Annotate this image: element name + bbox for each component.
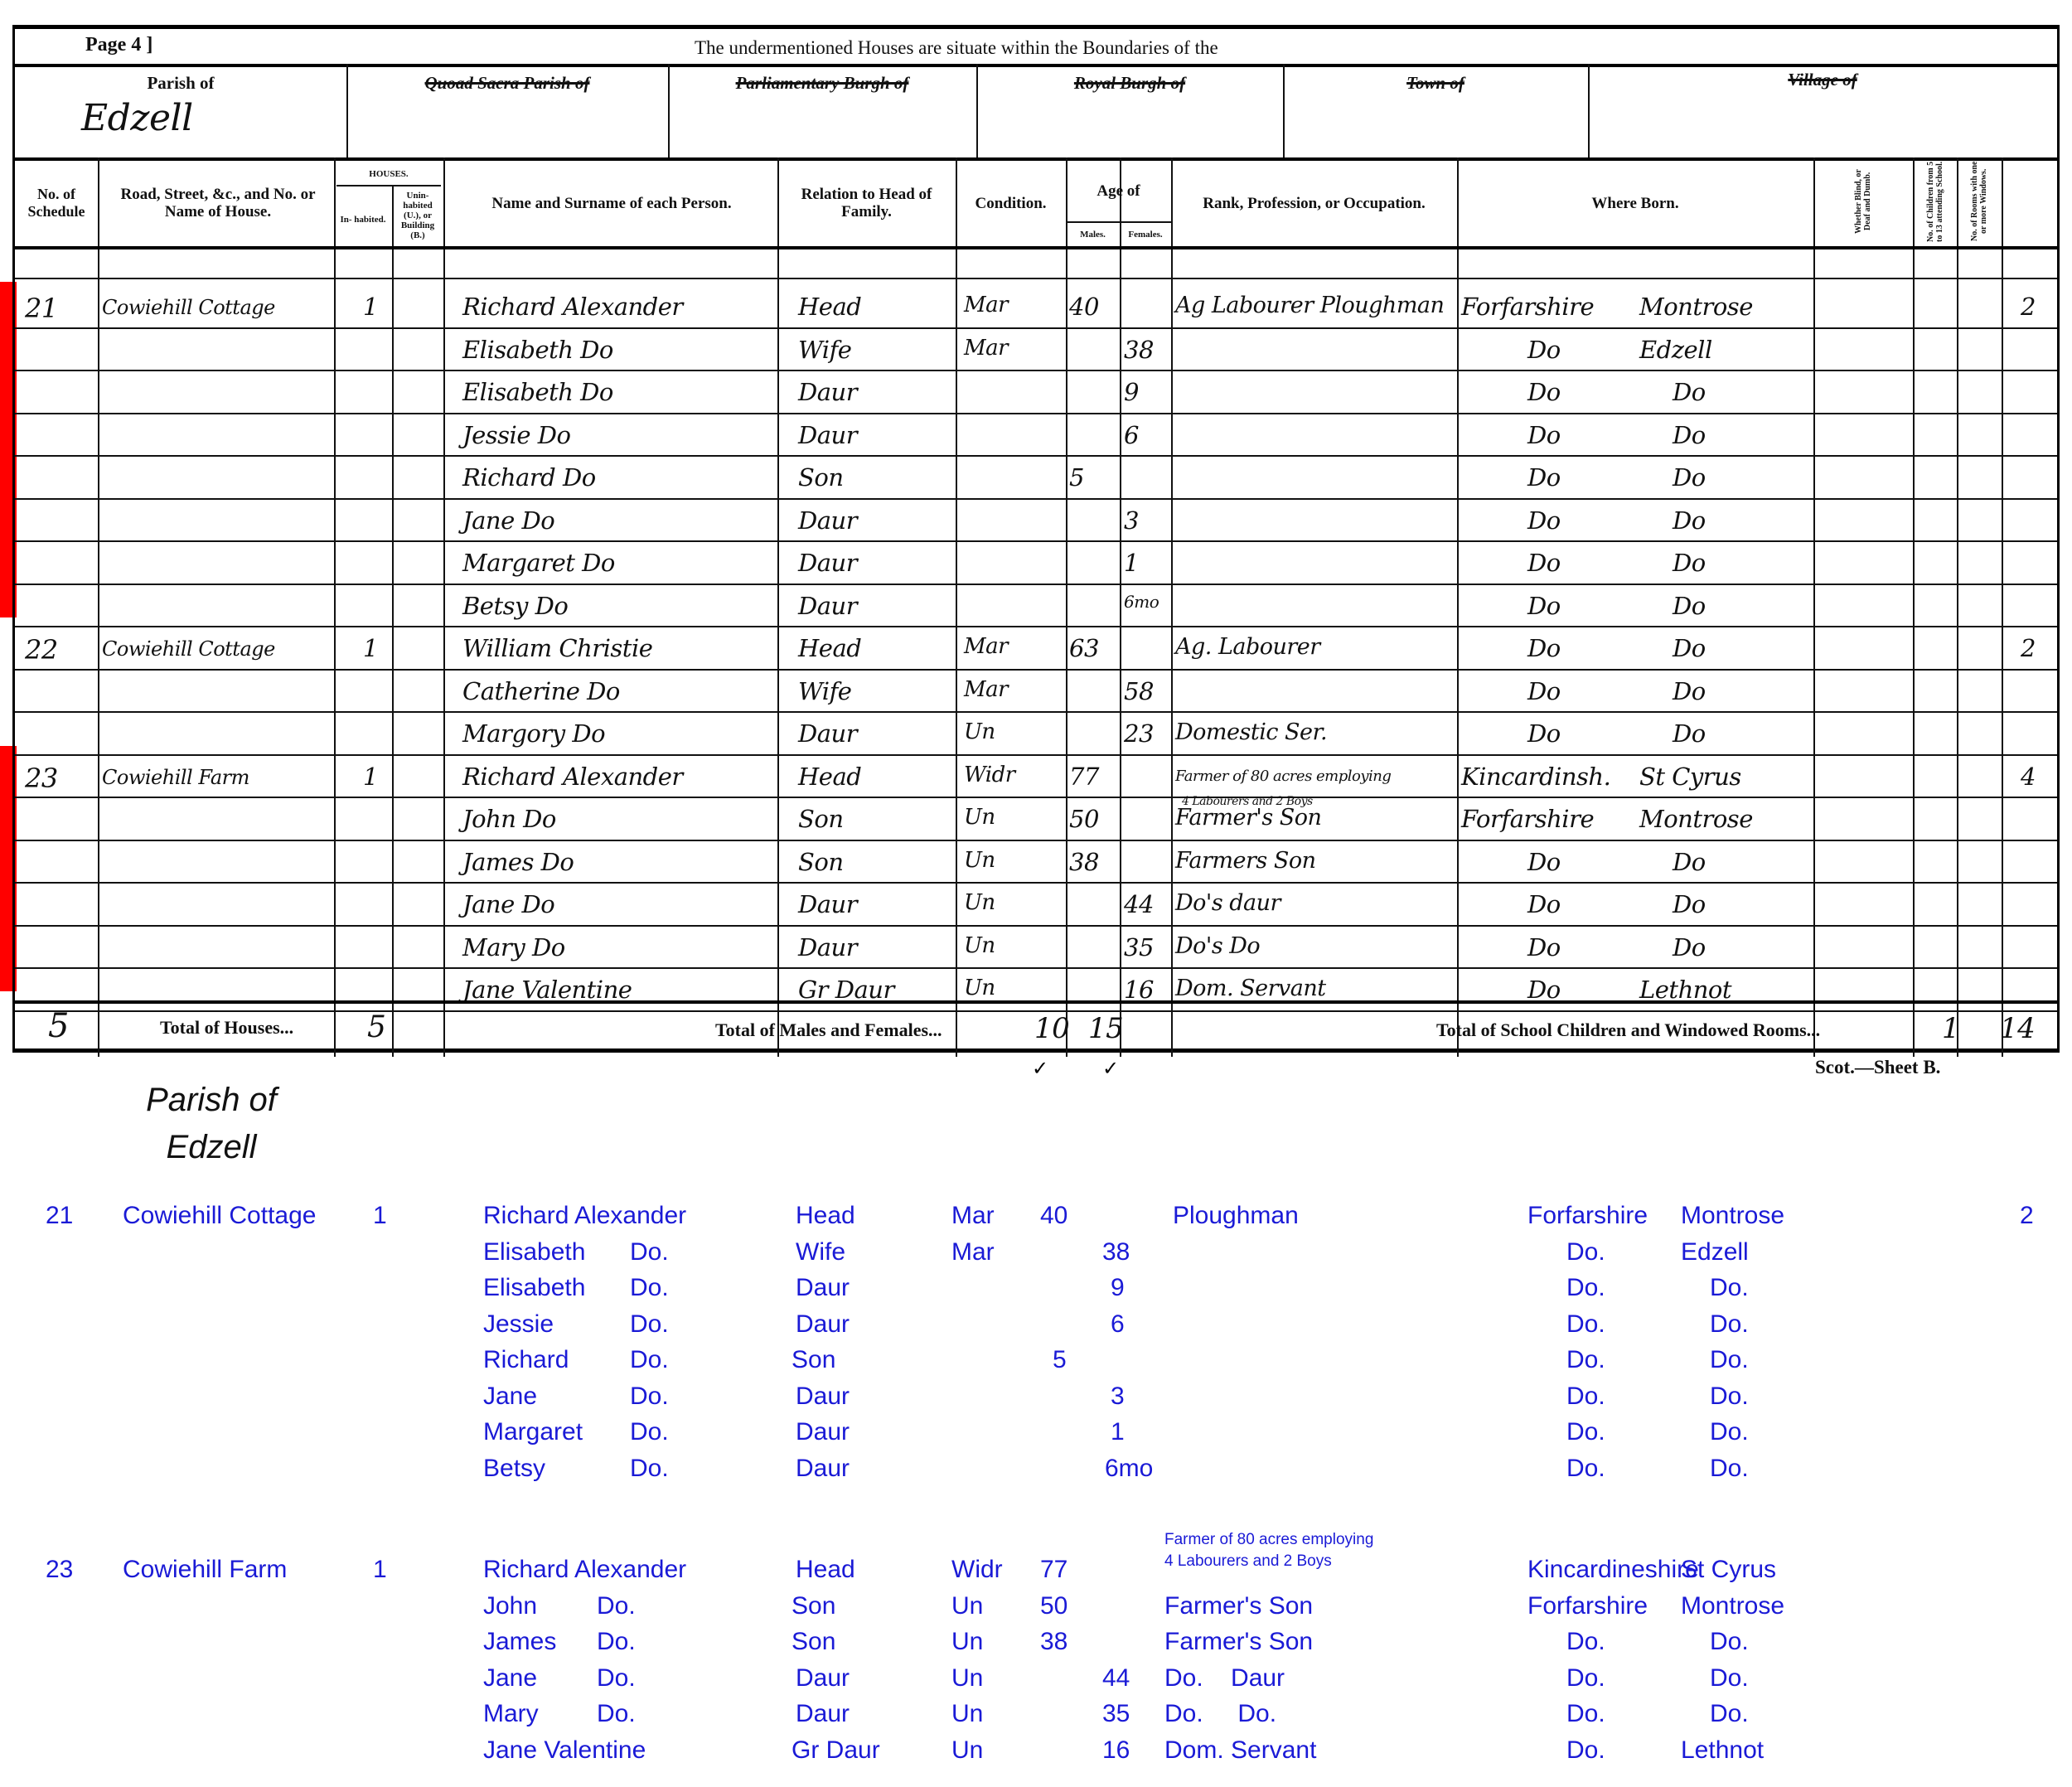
tr-first-name: Margaret (483, 1418, 583, 1446)
tr-relation: Daur (796, 1455, 850, 1483)
cell-age-female: 9 (1124, 378, 1139, 406)
tr-age-female: 1 (1111, 1418, 1125, 1446)
cell-born-parish: Edzell (1639, 336, 1712, 364)
row-rule (15, 540, 2057, 542)
boundary-value-parish: Edzell (81, 97, 193, 139)
cell-born-parish: Do (1673, 421, 1706, 449)
header-where-born: Where Born. (1457, 170, 1813, 236)
tr-relation: Daur (796, 1664, 850, 1693)
tr-occupation: Farmer's Son (1164, 1592, 1313, 1620)
tr-road: Cowiehill Farm (123, 1556, 287, 1584)
total-males: 10 (1034, 1012, 1069, 1045)
header-males: Males. (1066, 226, 1120, 243)
row-rule (15, 626, 2057, 627)
boundary-label: Parliamentary Burgh of (668, 72, 976, 94)
tr-condition: Un (951, 1664, 983, 1693)
cell-name: Elisabeth Do (462, 336, 613, 364)
row-rule (15, 455, 2057, 457)
cell-age-male: 5 (1069, 463, 1084, 492)
total-school-rooms-label: Total of School Children and Windowed Ro… (1436, 1019, 1820, 1041)
tr-parish: Do. (1710, 1310, 1749, 1339)
cell-relation: Son (798, 805, 844, 833)
tr-first-name: James (483, 1628, 556, 1656)
tr-first-name: Jane (483, 1664, 537, 1693)
cell-inhabited: 1 (363, 634, 378, 662)
tr-relation: Daur (796, 1274, 850, 1302)
cell-age-female: 23 (1124, 719, 1154, 748)
header-age: Age of (1066, 174, 1171, 207)
cell-name: Jane Do (462, 506, 554, 535)
cell-rooms: 2 (2021, 634, 2036, 662)
cell-relation: Daur (798, 549, 857, 577)
cell-relation: Daur (798, 933, 857, 961)
cell-condition: Mar (964, 677, 1008, 702)
cell-relation: Son (798, 848, 844, 876)
tr-condition: Un (951, 1628, 983, 1656)
column-divider (1457, 157, 1459, 1057)
tr-relation: Daur (796, 1383, 850, 1411)
tr-occupation: Do. Do. (1164, 1700, 1276, 1728)
tr-age-male: 77 (1040, 1556, 1067, 1584)
tr-county: Do. (1566, 1628, 1605, 1656)
cell-relation: Wife (798, 677, 851, 705)
total-rooms: 14 (2000, 1012, 2035, 1045)
column-divider (1813, 157, 1815, 1057)
cell-name: Margaret Do (462, 549, 615, 577)
tr-age-female: 6mo (1105, 1455, 1153, 1483)
cell-age-female: 16 (1124, 976, 1154, 1004)
cell-occupation: Farmer's Son (1175, 805, 1321, 831)
cell-condition: Un (964, 848, 995, 873)
tr-county: Forfarshire (1527, 1202, 1648, 1230)
cell-name: Margory Do (462, 719, 605, 748)
cell-name: Elisabeth Do (462, 378, 613, 406)
cell-born-county: Forfarshire (1461, 293, 1594, 321)
cell-born-county: Do (1527, 592, 1561, 620)
tr-age-female: 35 (1102, 1700, 1130, 1728)
tr-surname: Do. (630, 1274, 669, 1302)
cell-occupation: Ag Labourer Ploughman (1175, 293, 1444, 318)
cell-name: Betsy Do (462, 592, 568, 620)
column-divider (1957, 157, 1958, 1057)
column-divider (334, 157, 336, 1057)
cell-condition: Mar (964, 293, 1008, 317)
cell-born-parish: St Cyrus (1639, 763, 1741, 791)
tr-relation: Head (796, 1202, 855, 1230)
header-occupation: Rank, Profession, or Occupation. (1171, 170, 1457, 236)
row-rule (15, 669, 2057, 671)
tr-age-female: 3 (1111, 1383, 1125, 1411)
cell-occupation: Farmer of 80 acres employing (1175, 768, 1391, 785)
cell-age-female: 6 (1124, 421, 1139, 449)
tr-condition: Un (951, 1736, 983, 1765)
cell-born-county: Kincardinsh. (1461, 763, 1610, 791)
total-schedules: 5 (48, 1007, 69, 1045)
cell-condition: Un (964, 805, 995, 830)
header-schedule: No. of Schedule (15, 170, 98, 236)
cell-born-county: Do (1527, 677, 1561, 705)
tr-parish: Do. (1710, 1628, 1749, 1656)
cell-relation: Head (798, 293, 861, 321)
cell-born-parish: Do (1673, 592, 1706, 620)
cell-born-county: Do (1527, 719, 1561, 748)
tr-parish: Montrose (1681, 1202, 1784, 1230)
cell-age-female: 58 (1124, 677, 1154, 705)
boundary-label: Quoad Sacra Parish of (346, 72, 668, 94)
row-rule (15, 840, 2057, 841)
tr-relation: Daur (796, 1418, 850, 1446)
cell-born-county: Forfarshire (1461, 805, 1594, 833)
tr-first-name: John (483, 1592, 537, 1620)
tr-county: Do. (1566, 1274, 1605, 1302)
cell-name: Richard Do (462, 463, 596, 492)
cell-relation: Wife (798, 336, 851, 364)
tr-age-male: 40 (1040, 1202, 1067, 1230)
header-uninhabited: Unin- habited (U.), or Building (B.) (394, 186, 442, 245)
tr-surname: Do. (630, 1383, 669, 1411)
cell-born-parish: Do (1673, 933, 1706, 961)
tr-occupation: Farmer's Son (1164, 1628, 1313, 1656)
tr-county: Do. (1566, 1310, 1605, 1339)
column-divider (2002, 157, 2003, 1057)
cell-relation: Gr Daur (798, 976, 894, 1004)
cell-name: Richard Alexander (462, 763, 683, 791)
cell-condition: Mar (964, 336, 1008, 361)
tr-first-name: Richard Alexander (483, 1556, 686, 1584)
tr-condition: Mar (951, 1238, 995, 1266)
header-houses: HOUSES. (336, 166, 441, 182)
cell-condition: Un (964, 933, 995, 958)
header-females: Females. (1120, 226, 1171, 243)
tr-surname: Do. (597, 1700, 636, 1728)
cell-schedule: 21 (25, 293, 58, 324)
cell-age-female: 44 (1124, 890, 1154, 918)
total-houses: 5 (367, 1010, 385, 1044)
cell-born-parish: Do (1673, 634, 1706, 662)
cell-relation: Daur (798, 421, 857, 449)
tr-parish: Do. (1710, 1418, 1749, 1446)
cell-born-county: Do (1527, 890, 1561, 918)
tr-relation: Son (792, 1628, 835, 1656)
tr-condition: Un (951, 1700, 983, 1728)
cell-born-county: Do (1527, 933, 1561, 961)
tr-inhabited: 1 (373, 1556, 387, 1584)
row-rule (15, 370, 2057, 371)
cell-name: Jessie Do (462, 421, 570, 449)
cell-born-parish: Do (1673, 549, 1706, 577)
tr-first-name: Jessie (483, 1310, 554, 1339)
cell-occupation-note: 4 Labourers and 2 Boys (1182, 795, 1313, 808)
row-rule (15, 327, 2057, 329)
tr-age-male: 38 (1040, 1628, 1067, 1656)
tr-surname: Do. (597, 1628, 636, 1656)
cell-born-county: Do (1527, 976, 1561, 1004)
cell-relation: Head (798, 634, 861, 662)
tr-county: Do. (1566, 1664, 1605, 1693)
tr-occupation: Dom. Servant (1164, 1736, 1316, 1765)
tr-age-female: 16 (1102, 1736, 1130, 1765)
tr-inhabited: 1 (373, 1202, 387, 1230)
age-subdivider (1066, 221, 1171, 223)
tr-first-name: Betsy (483, 1455, 545, 1483)
tr-first-name: Richard Alexander (483, 1202, 686, 1230)
tr-parish: Do. (1710, 1700, 1749, 1728)
cell-name: Mary Do (462, 933, 565, 961)
cell-occupation: Do's daur (1175, 890, 1280, 916)
cell-road: Cowiehill Cottage (102, 637, 275, 661)
tr-condition: Un (951, 1592, 983, 1620)
tr-age-male: 50 (1040, 1592, 1067, 1620)
tr-surname: Do. (597, 1592, 636, 1620)
tr-occupation-note-2: 4 Labourers and 2 Boys (1164, 1552, 1332, 1571)
cell-born-county: Do (1527, 634, 1561, 662)
total-houses-label: Total of Houses... (160, 1017, 293, 1039)
tr-condition: Widr (951, 1556, 1003, 1584)
tr-parish: Do. (1710, 1455, 1749, 1483)
row-rule (15, 498, 2057, 500)
header-school: No. of Children from 5 to 13 attending S… (1915, 160, 1956, 243)
row-rule (15, 882, 2057, 884)
cell-rooms: 4 (2021, 763, 2036, 791)
cell-age-male: 40 (1069, 293, 1099, 321)
cell-age-male: 63 (1069, 634, 1099, 662)
tr-first-name: Elisabeth (483, 1274, 585, 1302)
tr-parish: Do. (1710, 1383, 1749, 1411)
tr-relation: Daur (796, 1700, 850, 1728)
cell-born-county: Do (1527, 506, 1561, 535)
cell-relation: Head (798, 763, 861, 791)
tr-county: Do. (1566, 1238, 1605, 1266)
tr-first-name: Elisabeth (483, 1238, 585, 1266)
cell-age-female: 38 (1124, 336, 1154, 364)
cell-relation: Daur (798, 506, 857, 535)
cell-inhabited: 1 (363, 293, 378, 321)
tr-schedule: 21 (46, 1202, 73, 1230)
tr-rooms: 2 (2020, 1202, 2034, 1230)
cell-relation: Daur (798, 890, 857, 918)
tr-surname: Do. (630, 1455, 669, 1483)
header-relation: Relation to Head of Family. (777, 166, 956, 240)
cell-relation: Daur (798, 592, 857, 620)
boundary-label: Royal Burgh of (976, 72, 1283, 94)
cell-condition: Mar (964, 634, 1008, 659)
cell-occupation: Farmers Son (1175, 848, 1315, 874)
cell-condition: Un (964, 890, 995, 915)
column-divider (443, 157, 445, 1057)
tr-parish: Do. (1710, 1346, 1749, 1374)
form-title: The undermentioned Houses are situate wi… (695, 37, 1218, 59)
tr-age-female: 9 (1111, 1274, 1125, 1302)
tr-surname: Do. (630, 1238, 669, 1266)
tr-county: Do. (1566, 1346, 1605, 1374)
cell-age-male: 77 (1069, 763, 1099, 791)
cell-relation: Daur (798, 719, 857, 748)
cell-occupation: Dom. Servant (1175, 976, 1326, 1001)
cell-born-county: Do (1527, 421, 1561, 449)
tr-county: Do. (1566, 1455, 1605, 1483)
cell-born-parish: Do (1673, 378, 1706, 406)
row-rule (15, 584, 2057, 585)
total-females: 15 (1088, 1012, 1123, 1045)
cell-born-county: Do (1527, 378, 1561, 406)
transcription-parish-name: Edzell (104, 1129, 319, 1166)
cell-age-female: 3 (1124, 506, 1139, 535)
cell-born-county: Do (1527, 463, 1561, 492)
tr-occupation: Do. Daur (1164, 1664, 1285, 1693)
row-rule (15, 711, 2057, 713)
tr-parish: Do. (1710, 1274, 1749, 1302)
boundary-label: Town of (1283, 72, 1588, 94)
row-rule (15, 754, 2057, 756)
cell-schedule: 23 (25, 763, 58, 794)
tr-relation: Son (792, 1592, 835, 1620)
cell-rooms: 2 (2021, 293, 2036, 321)
cell-road: Cowiehill Cottage (102, 296, 275, 319)
tr-parish: Lethnot (1681, 1736, 1764, 1765)
tr-relation: Wife (796, 1238, 845, 1266)
cell-condition: Widr (964, 763, 1015, 787)
total-persons-label: Total of Males and Females... (715, 1019, 942, 1041)
tr-county: Do. (1566, 1418, 1605, 1446)
cell-name: John Do (462, 805, 556, 833)
cell-occupation: Do's Do (1175, 933, 1260, 959)
cell-born-county: Do (1527, 549, 1561, 577)
tr-age-female: 44 (1102, 1664, 1130, 1693)
header-inhabited: In- habited. (336, 203, 390, 236)
tr-road: Cowiehill Cottage (123, 1202, 316, 1230)
cell-born-parish: Do (1673, 463, 1706, 492)
column-divider (1171, 157, 1173, 1057)
tr-relation: Daur (796, 1310, 850, 1339)
cell-age-male: 50 (1069, 805, 1099, 833)
cell-born-parish: Do (1673, 719, 1706, 748)
transcription-parish-label: Parish of (104, 1082, 319, 1119)
boundary-label: Parish of (15, 72, 346, 94)
tr-occupation: Ploughman (1173, 1202, 1299, 1230)
tr-county: Do. (1566, 1700, 1605, 1728)
cell-road: Cowiehill Farm (102, 766, 249, 789)
row-rule (15, 413, 2057, 414)
cell-born-parish: Montrose (1639, 805, 1753, 833)
cell-born-parish: Lethnot (1639, 976, 1731, 1004)
row-rule (15, 925, 2057, 927)
cell-inhabited: 1 (363, 763, 378, 791)
boundary-label: Village of (1588, 69, 2057, 90)
tr-first-name: Richard (483, 1346, 569, 1374)
header-condition-text: Condition. (956, 170, 1066, 236)
tr-county: Do. (1566, 1383, 1605, 1411)
cell-condition: Un (964, 976, 995, 1000)
tr-parish: Do. (1710, 1664, 1749, 1693)
cell-age-female: 1 (1124, 549, 1139, 577)
tr-relation: Head (796, 1556, 855, 1584)
header-rooms: No. of Rooms with one or more Windows. (1958, 160, 2000, 243)
tr-age-female: 38 (1102, 1238, 1130, 1266)
tr-relation: Gr Daur (792, 1736, 880, 1765)
cell-name: Richard Alexander (462, 293, 683, 321)
tr-age-female: 6 (1111, 1310, 1125, 1339)
column-divider (1913, 157, 1915, 1057)
cell-schedule: 22 (25, 634, 58, 666)
header-road: Road, Street, &c., and No. or Name of Ho… (106, 170, 330, 236)
tr-relation: Son (792, 1346, 835, 1374)
cell-age-female: 35 (1124, 933, 1154, 961)
census-form: Page 4 ] The undermentioned Houses are s… (12, 25, 2060, 1053)
tr-surname: Do. (630, 1310, 669, 1339)
cell-occupation: Domestic Ser. (1175, 719, 1327, 745)
row-rule (15, 967, 2057, 969)
total-school: 1 (1942, 1012, 1959, 1045)
cell-name: William Christie (462, 634, 652, 662)
tr-parish: Montrose (1681, 1592, 1784, 1620)
cell-born-county: Do (1527, 336, 1561, 364)
row-rule (15, 797, 2057, 798)
page-label: Page 4 ] (85, 34, 152, 56)
cell-occupation: Ag. Labourer (1175, 634, 1320, 660)
cell-condition: Un (964, 719, 995, 744)
tr-county: Forfarshire (1527, 1592, 1648, 1620)
cell-name: Jane Do (462, 890, 554, 918)
cell-born-parish: Do (1673, 677, 1706, 705)
column-divider (1120, 157, 1121, 1057)
tr-surname: Do. (630, 1346, 669, 1374)
tr-surname: Do. (630, 1418, 669, 1446)
cell-age-male: 38 (1069, 848, 1099, 876)
tr-first-name: Jane Valentine (483, 1736, 646, 1765)
tr-county: Do. (1566, 1736, 1605, 1765)
cell-born-parish: Do (1673, 890, 1706, 918)
tick-mark-females: ✓ (1102, 1057, 1119, 1081)
cell-name: Jane Valentine (462, 976, 632, 1004)
tr-first-name: Mary (483, 1700, 539, 1728)
cell-name: James Do (462, 848, 574, 876)
tr-surname: Do. (597, 1664, 636, 1693)
tr-parish: St Cyrus (1681, 1556, 1776, 1584)
tr-condition: Mar (951, 1202, 995, 1230)
column-divider (777, 157, 779, 1057)
header-blind: Whether Blind, or Deaf and Dumb. (1815, 160, 1911, 243)
tick-mark-males: ✓ (1032, 1057, 1048, 1081)
column-divider (956, 157, 957, 1057)
header-name: Name and Surname of each Person. (462, 170, 761, 236)
tr-schedule: 23 (46, 1556, 73, 1584)
cell-age-female: 6mo (1124, 592, 1159, 612)
tr-occupation-note-1: Farmer of 80 acres employing (1164, 1531, 1373, 1549)
cell-name: Catherine Do (462, 677, 620, 705)
column-divider (98, 157, 99, 1057)
sheet-footer: Scot.—Sheet B. (1815, 1057, 1940, 1078)
cell-born-parish: Do (1673, 848, 1706, 876)
cell-relation: Son (798, 463, 844, 492)
cell-born-parish: Do (1673, 506, 1706, 535)
tr-first-name: Jane (483, 1383, 537, 1411)
cell-born-parish: Montrose (1639, 293, 1753, 321)
tr-parish: Edzell (1681, 1238, 1749, 1266)
column-divider (1066, 157, 1067, 1057)
tr-county: Kincardineshire (1527, 1556, 1699, 1584)
tr-age-male: 5 (1053, 1346, 1067, 1374)
cell-born-county: Do (1527, 848, 1561, 876)
cell-relation: Daur (798, 378, 857, 406)
